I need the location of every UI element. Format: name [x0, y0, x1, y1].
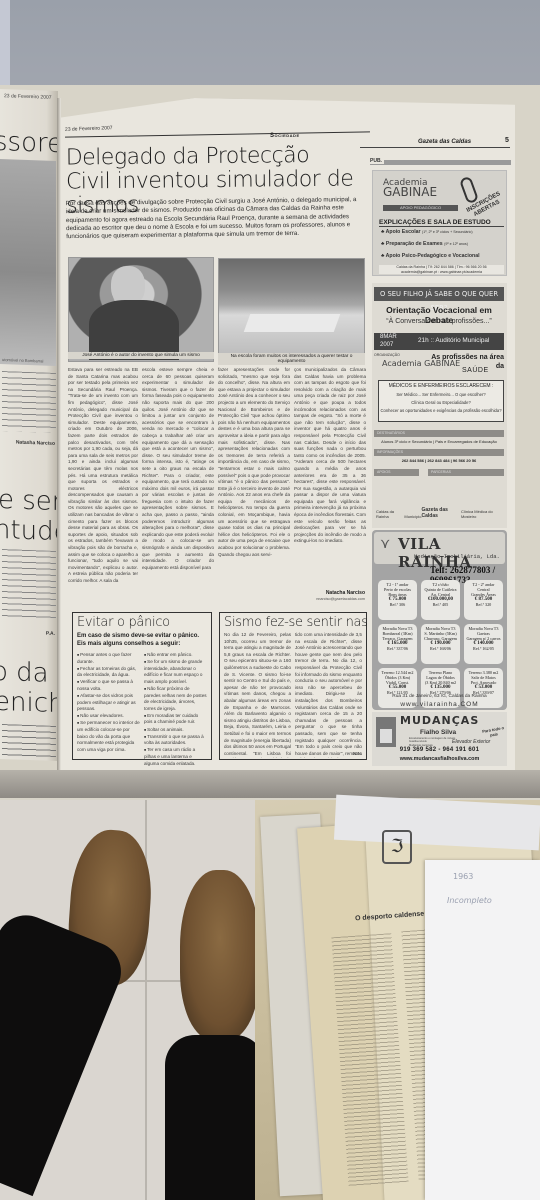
service-label: Apoio Psico-Pedagógico e Vocacional — [386, 253, 480, 259]
left-page-body-text — [2, 549, 56, 621]
pub-bar — [370, 160, 511, 165]
sponsor-logo: Clínica Médica do Mosteiro — [461, 509, 504, 519]
vila-subtitle: Mediação Imobiliária, Lda. — [414, 553, 500, 560]
orient-support-label: APOIOS — [374, 469, 419, 476]
tip-item: Não entrar em pânico. — [144, 652, 207, 659]
mudancas-name: Fialho Silva — [420, 729, 456, 736]
gabinae-logo-line2: GABINAE — [383, 185, 437, 199]
article-column-3: fazer apresentações onde for solicitado,… — [218, 367, 290, 607]
tip-item: Pensar antes o que fazer durante. — [77, 652, 140, 665]
gabinae-logo: Academia GABINAE — [383, 179, 437, 199]
gabinae-tagline: APOIO PEDAGÓGICO — [383, 205, 458, 211]
tip-item: Soltar os animais. — [144, 727, 207, 734]
tip-item: Se permanecer no interior de um edifício… — [77, 720, 140, 753]
listing-ref: Ref.ª 320 — [464, 602, 503, 607]
photo2-caption: Na escola foram muitos os interessados a… — [218, 353, 365, 365]
gabinae-title: EXPLICAÇÕES E SALA DE ESTUDO — [379, 219, 504, 227]
gabinae-service: ♣ Apoio Escolar (1º, 2º e 3º ciclos + Se… — [381, 229, 473, 235]
listing-card: Moradia Nova T3S. Martinho (5Km)Churrasq… — [421, 624, 460, 664]
vila-address: Rua 31 de Janeiro, 63 /G, Caldas da Rain… — [372, 694, 507, 699]
orient-partners-label: PARCERIAS — [428, 469, 504, 476]
ad-academia-gabinae: Academia GABINAE APOIO PEDAGÓGICO INSCRI… — [372, 170, 507, 276]
left-headline-fragment: ssores — [0, 129, 58, 158]
gabinae-service: ♣ Preparação de Exames (9º e 12º anos) — [381, 241, 468, 247]
orient-questions-title: MÉDICOS E ENFERMEIROS ESCLARECEM : — [379, 381, 503, 389]
gabinae-web: academia@gabinae.pt : www.gabinae.pt/aca… — [379, 270, 504, 275]
sismo-col-1: No dia 12 de Fevereiro, pelas 10h35, oco… — [224, 632, 291, 756]
listing-ref: Ref.ª 337/06 — [378, 646, 417, 651]
orient-sponsors: Caldas da Rainha Município Gazeta das Ca… — [376, 507, 504, 519]
orient-questions-box: MÉDICOS E ENFERMEIROS ESCLARECEM : Ser M… — [378, 380, 504, 422]
orient-subtitle: “À Conversa com as profissões...” — [374, 318, 504, 325]
ad-orientacao-vocacional: O SEU FILHO JÁ SABE O QUE QUER SER? Orie… — [372, 283, 507, 528]
article-column-2: escola esteve sempre cheia e cerca de 60… — [142, 367, 214, 607]
vila-header: ⋎ VILA RAINHA Mediação Imobiliária, Lda. — [374, 532, 505, 564]
article-column-1: Estava para ser estreado na EB de Santa … — [68, 367, 138, 607]
binder-spine-edge — [0, 770, 540, 798]
left-headline-fragment: ntude — [0, 517, 58, 546]
orient-area-name: SAÚDE — [462, 367, 489, 374]
listing-card: Moradia Nova T3GaeirasGaragem p/ 2 carro… — [464, 624, 503, 664]
page-number: 5 — [505, 137, 509, 144]
chimney-icon — [376, 717, 396, 747]
panic-advice-box: Evitar o pânico Em caso de sismo deve-se… — [72, 612, 212, 760]
listing-ref: Ref.ª 306 — [378, 602, 417, 607]
sponsor-logo: Município — [404, 514, 421, 519]
orient-date: 8MAR 2007 — [380, 334, 402, 349]
left-page-body-text — [2, 724, 56, 761]
sismo-box-title: Sismo fez-se sentir nas Caldas — [220, 613, 366, 630]
article-column-4: ços municipalizados da Câmara das Caldas… — [294, 367, 366, 587]
header-rule-right — [360, 147, 510, 148]
sismo-box-body: No dia 12 de Fevereiro, pelas 10h35, oco… — [220, 630, 366, 758]
tip-item: Em moradias ter cuidado pois a chaminé p… — [144, 713, 207, 726]
vila-logo-icon: ⋎ — [380, 536, 390, 552]
earthquake-news-box: Sismo fez-se sentir nas Caldas No dia 12… — [219, 612, 367, 760]
orient-question: Ser Médico... Ser Enfermeiro... O que es… — [379, 389, 503, 397]
pub-label: PUB. — [370, 158, 384, 164]
ad-mudancas-fialho-silva: MUDANÇAS Fialho Silva Encaixotamento e m… — [372, 712, 507, 766]
photo-classroom — [218, 258, 365, 362]
mudancas-feature: Elevador Exterior — [452, 739, 490, 745]
tip-item: Verificar o que se passa à nossa volta. — [77, 679, 140, 692]
article-byline: Natacha Narciso — [315, 590, 365, 596]
photo1-caption: José António é o autor do invento que si… — [68, 352, 214, 359]
service-detail: (1º, 2º e 3º ciclos + Secundário) — [422, 230, 473, 234]
left-page-date: 23 de Fevereiro 2007 — [4, 93, 52, 101]
mudancas-title: MUDANÇAS — [400, 714, 479, 727]
orient-audience-label: DESTINATÁRIOS — [374, 430, 504, 437]
service-detail: (9º e 12º anos) — [444, 242, 468, 246]
left-page-initials: P.A. — [46, 631, 55, 637]
note-year: 1963 — [453, 872, 473, 881]
tip-item: Se for um sismo de grande intensidade, a… — [144, 659, 207, 685]
right-boot — [180, 870, 260, 1040]
article-lede: Por causa das acções de divulgação sobre… — [66, 196, 372, 242]
left-page-body-text — [2, 371, 56, 433]
mudancas-phones: 919 369 582 - 964 191 601 — [372, 747, 507, 753]
listing-card: Moradia Nova T3Bombarral (3Km)Terraço, G… — [378, 624, 417, 664]
masthead: Gazeta das Caldas — [418, 139, 471, 145]
orient-question: Clínica Geral ou Especialidade? — [379, 397, 503, 405]
portrait-body — [89, 300, 179, 360]
ad-vila-rainha: ⋎ VILA RAINHA Mediação Imobiliária, Lda.… — [372, 530, 507, 710]
sismo-col-2: tido com uma intensidade de 3,5 na escal… — [295, 632, 362, 756]
listing-card: T2 - 2º andarCentralGrandes Áreas€ 87.50… — [464, 580, 503, 620]
tip-item: Não usar elevadores. — [77, 713, 140, 720]
gabinae-service: ♣ Apoio Psico-Pedagógico e Vocacional — [381, 253, 480, 259]
tip-item: Transmitir o que se passa à volta às aut… — [144, 734, 207, 747]
orient-info-label: INFORMAÇÕES — [374, 449, 504, 456]
listing-card: T2 - 1º andarPerto de escolasBons áreas€… — [378, 580, 417, 620]
listing-ref: Ref.ª 405 — [421, 602, 460, 607]
listing-ref: Ref.ª 162/05 — [464, 646, 503, 651]
sponsor-logo: Gazeta das Caldas — [422, 507, 461, 519]
mudancas-services: Encaixotamento e montagem de móveis Guar… — [409, 737, 455, 747]
orient-date-bar: 8MAR 2007 21h :: Auditório Municipal — [374, 333, 504, 350]
handwritten-note: 1963 Incompleto — [425, 860, 540, 1200]
paperclip-icon — [459, 176, 479, 205]
left-page-signature: Natasha Narciso — [16, 440, 55, 447]
section-label: Sociedade — [270, 133, 300, 139]
orient-banner: O SEU FILHO JÁ SABE O QUE QUER SER? — [374, 287, 504, 301]
right-leg — [165, 1035, 265, 1200]
vila-website: www.vilarainha.COM — [372, 701, 507, 708]
photo-jose-antonio — [68, 257, 214, 362]
left-headline-fragment: o da — [0, 659, 49, 687]
orient-venue: 21h :: Auditório Municipal — [418, 337, 489, 344]
gabinae-contacts: Caldas da Rainha | Tlf: 262 844 586 | Tl… — [379, 265, 504, 270]
gabinae-footer: Caldas da Rainha | Tlf: 262 844 586 | Tl… — [379, 265, 504, 274]
sponsor-logo: Caldas da Rainha — [376, 509, 404, 519]
listing-ref: Ref.ª 168/06 — [421, 646, 460, 651]
panic-tips-right: Não entrar em pânico. Se for um sismo de… — [144, 652, 207, 768]
left-facing-page: 23 de Fevereiro 2007 ssores utomóvel no … — [0, 89, 58, 761]
panic-tips-left: Pensar antes o que fazer durante. Fechar… — [77, 652, 140, 768]
vila-listings: T2 - 1º andarPerto de escolasBons áreas€… — [378, 580, 503, 708]
service-label: Apoio Escolar — [386, 229, 421, 235]
left-page-photo — [0, 159, 56, 366]
listing-card: T2 r/chãoQuinta de CutileiraAq. Central€… — [421, 580, 460, 620]
orient-question: Conhecer as oportunidades e exigências d… — [379, 405, 503, 413]
orient-audience: Alunos 3º ciclo e Secundário | Pais e En… — [374, 439, 504, 444]
note-text: Incompleto — [447, 896, 492, 905]
tip-item: Ter em casa um rádio a pilhas e uma lant… — [144, 747, 207, 767]
left-headline-fragment: eniche — [0, 689, 58, 718]
classroom-table — [244, 314, 341, 332]
sismo-box-signature: N.N. — [353, 751, 362, 756]
orient-phones: 262 844 586 | 262 843 484 | 96 566 20 56 — [374, 458, 504, 463]
panic-box-title: Evitar o pânico — [73, 613, 211, 630]
panic-tips: Pensar antes o que fazer durante. Fechar… — [73, 650, 211, 770]
orient-org-label: ORGANIZAÇÃO — [374, 353, 400, 357]
tip-item: Não ficar próximo de paredes velhas nem … — [144, 686, 207, 712]
page-gutter — [57, 98, 61, 770]
wall-edge — [0, 0, 10, 90]
mudancas-website: www.mudancasfialhosilva.com — [372, 756, 507, 762]
panic-box-subtitle: Em caso de sismo deve-se evitar o pânico… — [73, 630, 211, 650]
byline-email: nnarciso@gazetacaldas.com — [305, 597, 365, 601]
old-newspaper-logo-icon: ℑ — [382, 830, 412, 864]
left-headline-fragment: e sem — [0, 487, 58, 516]
service-label: Preparação de Exames — [386, 241, 443, 247]
tip-item: Afastar-se dos vidros pois podem estilha… — [77, 693, 140, 713]
portugal-map-icon: Para todo o país — [479, 725, 507, 740]
tip-item: Fechar as torneiras do gás, da electrici… — [77, 666, 140, 679]
